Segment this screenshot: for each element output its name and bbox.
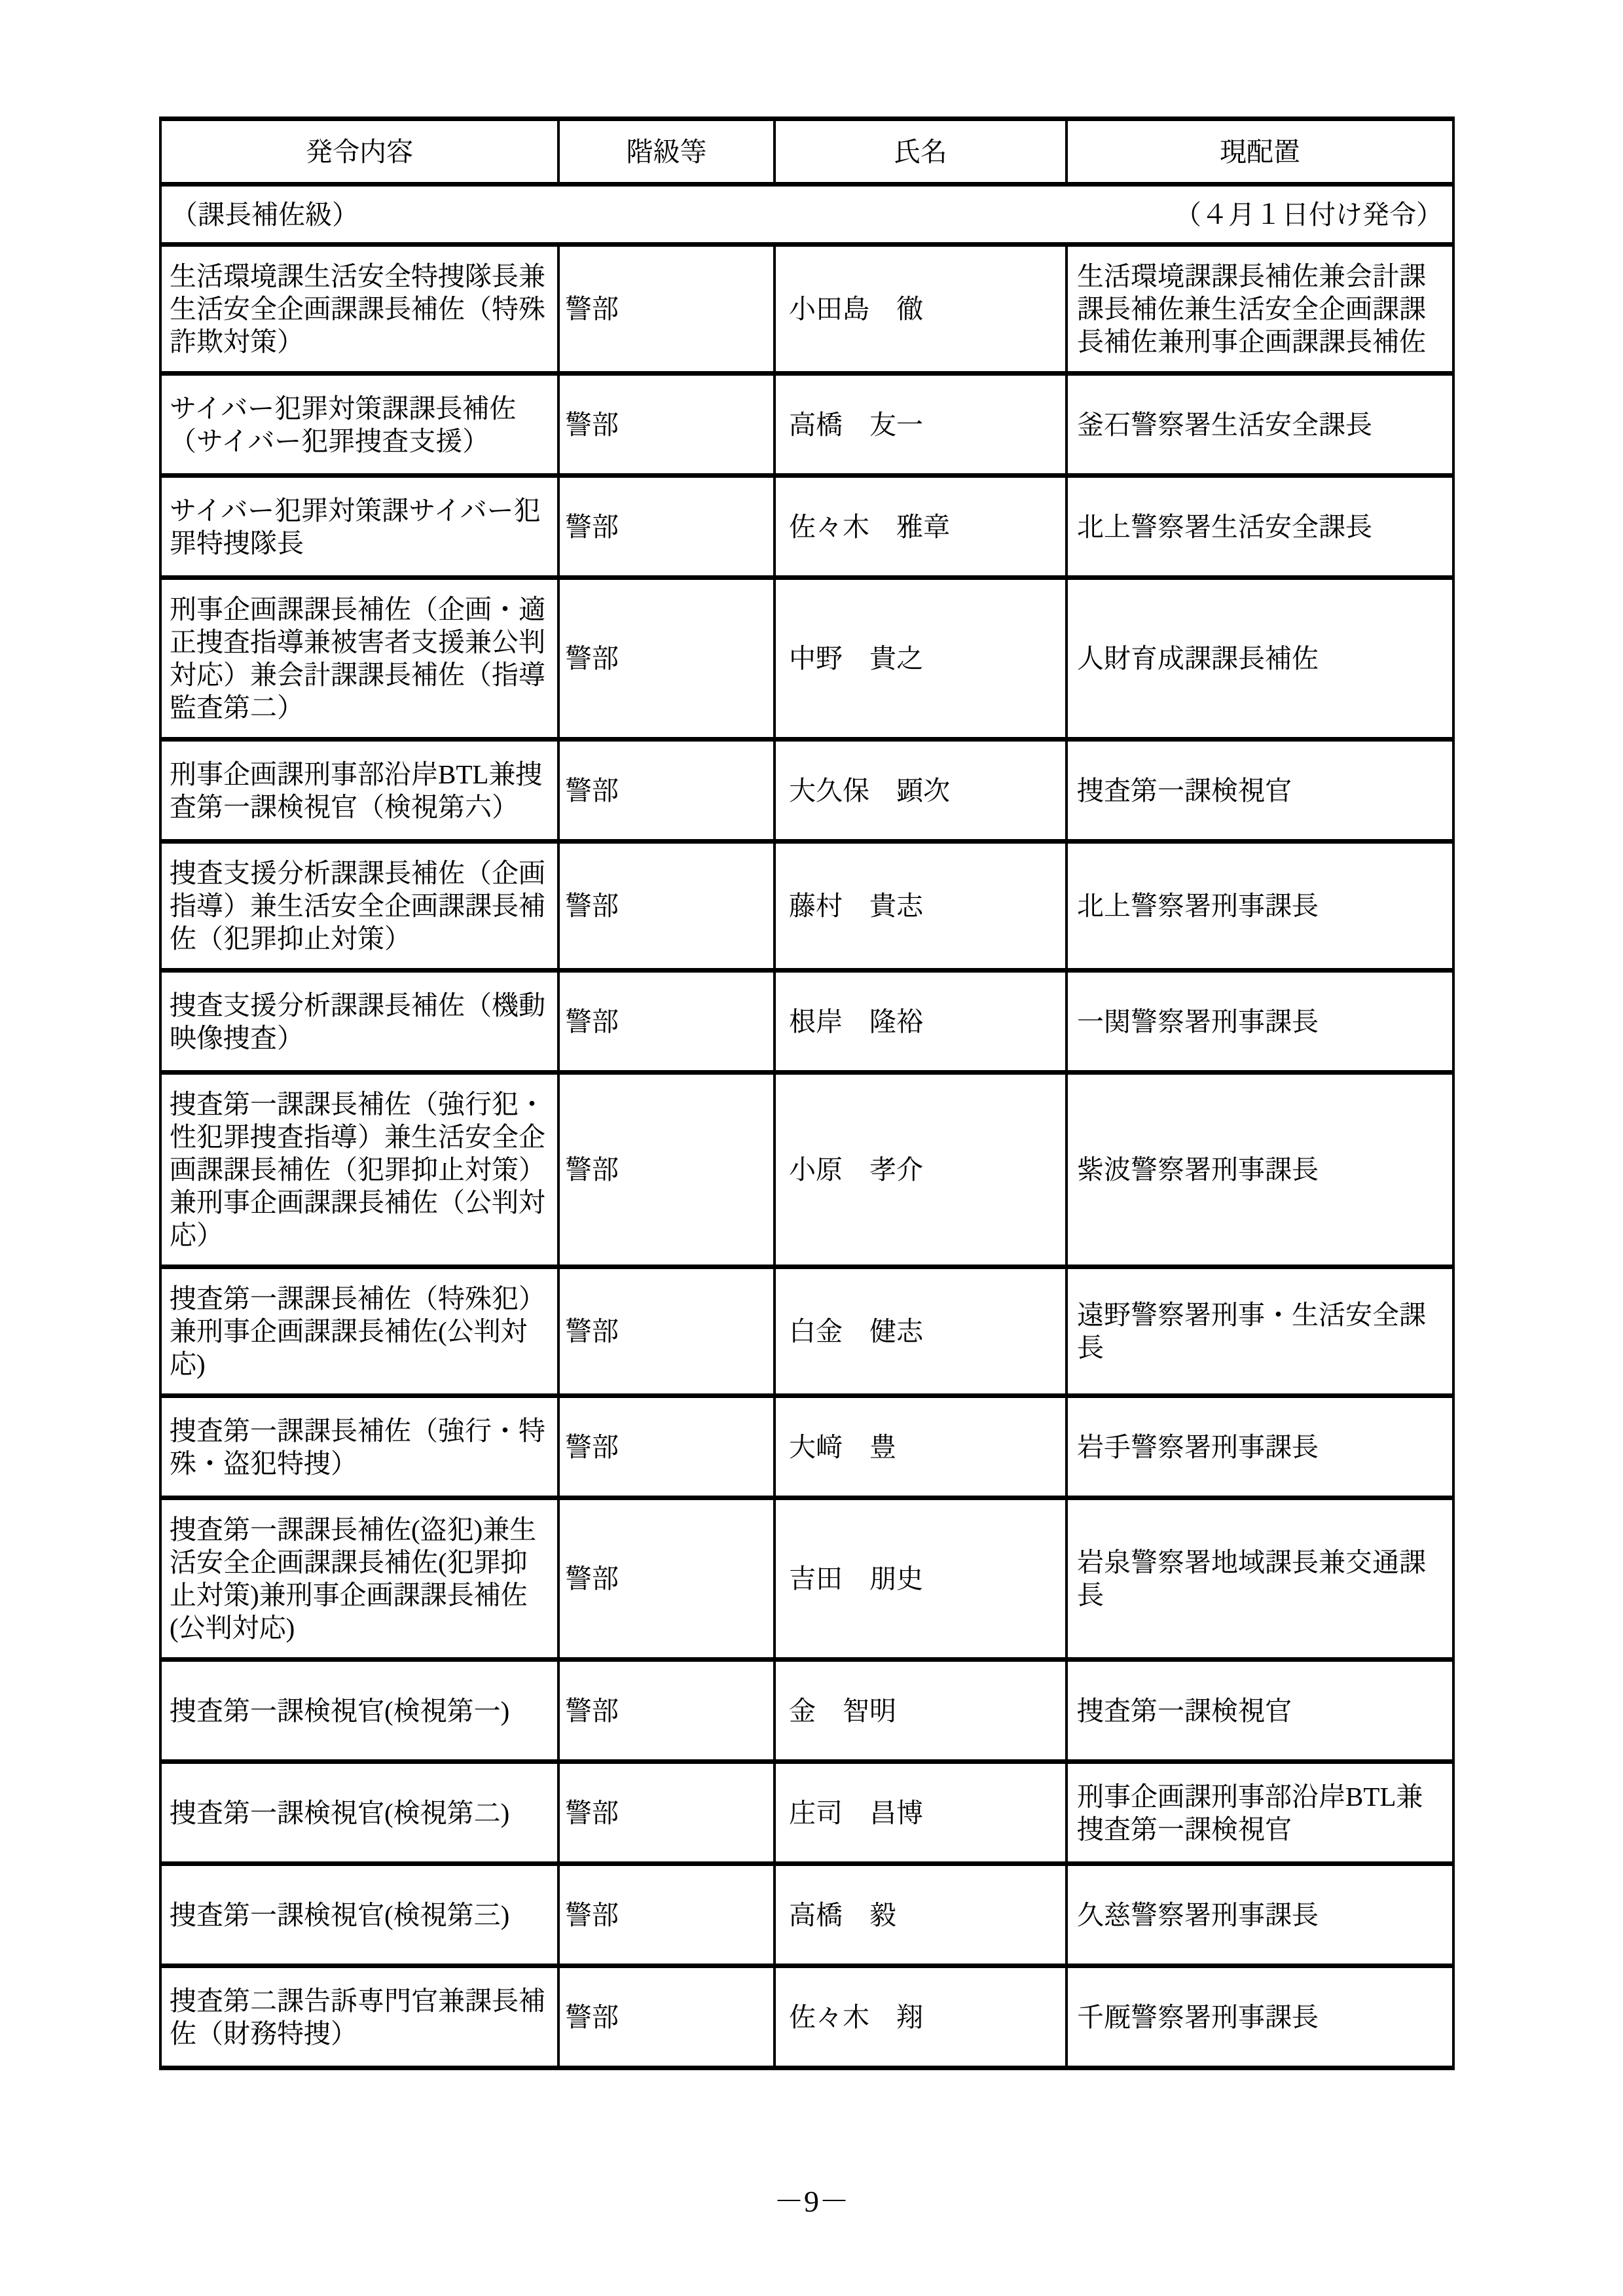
cell-rank: 警部 (558, 245, 775, 374)
cell-order-content: 生活環境課生活安全特捜隊長兼生活安全企画課課長補佐（特殊詐欺対策） (160, 245, 558, 374)
cell-name: 白金 健志 (775, 1267, 1067, 1396)
cell-rank: 警部 (558, 1864, 775, 1966)
cell-current-assignment: 久慈警察署刑事課長 (1067, 1864, 1453, 1966)
cell-name: 根岸 隆裕 (775, 971, 1067, 1073)
cell-order-content: 捜査第二課告訴専門官兼課長補佐（財務特捜） (160, 1966, 558, 2068)
table-row: 生活環境課生活安全特捜隊長兼生活安全企画課課長補佐（特殊詐欺対策） 警部 小田島… (160, 245, 1453, 374)
cell-current-assignment: 岩手警察署刑事課長 (1067, 1396, 1453, 1498)
cell-name: 小原 孝介 (775, 1073, 1067, 1267)
cell-rank: 警部 (558, 971, 775, 1073)
cell-name: 庄司 昌博 (775, 1762, 1067, 1864)
cell-current-assignment: 生活環境課課長補佐兼会計課課長補佐兼生活安全企画課課長補佐兼刑事企画課課長補佐 (1067, 245, 1453, 374)
table-row: 刑事企画課刑事部沿岸BTL兼捜査第一課検視官（検視第六） 警部 大久保 顕次 捜… (160, 740, 1453, 842)
cell-name: 大久保 顕次 (775, 740, 1067, 842)
subheader-grade-label: （課長補佐級） (171, 198, 359, 231)
cell-order-content: 捜査第一課課長補佐（特殊犯）兼刑事企画課課長補佐(公判対応) (160, 1267, 558, 1396)
cell-order-content: 刑事企画課刑事部沿岸BTL兼捜査第一課検視官（検視第六） (160, 740, 558, 842)
cell-rank: 警部 (558, 1966, 775, 2068)
header-order-content: 発令内容 (160, 119, 558, 185)
cell-order-content: 捜査第一課課長補佐(盗犯)兼生活安全企画課課長補佐(犯罪抑止対策)兼刑事企画課課… (160, 1498, 558, 1660)
cell-rank: 警部 (558, 1267, 775, 1396)
cell-name: 吉田 朋史 (775, 1498, 1067, 1660)
cell-current-assignment: 一関警察署刑事課長 (1067, 971, 1453, 1073)
table-row: 捜査第一課検視官(検視第三) 警部 高橋 毅 久慈警察署刑事課長 (160, 1864, 1453, 1966)
cell-current-assignment: 人財育成課課長補佐 (1067, 578, 1453, 740)
table-row: 捜査第二課告訴専門官兼課長補佐（財務特捜） 警部 佐々木 翔 千厩警察署刑事課長 (160, 1966, 1453, 2068)
cell-rank: 警部 (558, 1073, 775, 1267)
cell-current-assignment: 千厩警察署刑事課長 (1067, 1966, 1453, 2068)
table-row: サイバー犯罪対策課サイバー犯罪特捜隊長 警部 佐々木 雅章 北上警察署生活安全課… (160, 476, 1453, 578)
cell-rank: 警部 (558, 1498, 775, 1660)
cell-order-content: 捜査第一課課長補佐（強行犯・性犯罪捜査指導）兼生活安全企画課課長補佐（犯罪抑止対… (160, 1073, 558, 1267)
cell-rank: 警部 (558, 1396, 775, 1498)
cell-current-assignment: 北上警察署刑事課長 (1067, 842, 1453, 971)
cell-rank: 警部 (558, 374, 775, 476)
cell-name: 小田島 徹 (775, 245, 1067, 374)
cell-current-assignment: 刑事企画課刑事部沿岸BTL兼捜査第一課検視官 (1067, 1762, 1453, 1864)
subheader-cell: （課長補佐級） （４月１日付け発令） (160, 185, 1453, 245)
cell-order-content: 捜査第一課検視官(検視第二) (160, 1762, 558, 1864)
page-number: －9－ (0, 2185, 1623, 2219)
cell-current-assignment: 捜査第一課検視官 (1067, 1660, 1453, 1762)
document-page: 発令内容 階級等 氏名 現配置 （課長補佐級） （４月１日付け発令） 生活環境課… (0, 0, 1623, 2296)
cell-rank: 警部 (558, 842, 775, 971)
cell-name: 金 智明 (775, 1660, 1067, 1762)
cell-order-content: 捜査第一課検視官(検視第一) (160, 1660, 558, 1762)
table-row: 捜査第一課課長補佐（強行犯・性犯罪捜査指導）兼生活安全企画課課長補佐（犯罪抑止対… (160, 1073, 1453, 1267)
personnel-transfer-table: 発令内容 階級等 氏名 現配置 （課長補佐級） （４月１日付け発令） 生活環境課… (159, 117, 1455, 2070)
table-row: 捜査第一課検視官(検視第二) 警部 庄司 昌博 刑事企画課刑事部沿岸BTL兼捜査… (160, 1762, 1453, 1864)
cell-current-assignment: 北上警察署生活安全課長 (1067, 476, 1453, 578)
cell-rank: 警部 (558, 1660, 775, 1762)
cell-order-content: 捜査支援分析課課長補佐（機動映像捜査） (160, 971, 558, 1073)
table-row: サイバー犯罪対策課課長補佐（サイバー犯罪捜査支援） 警部 高橋 友一 釜石警察署… (160, 374, 1453, 476)
cell-current-assignment: 捜査第一課検視官 (1067, 740, 1453, 842)
table-row: 捜査支援分析課課長補佐（企画指導）兼生活安全企画課課長補佐（犯罪抑止対策） 警部… (160, 842, 1453, 971)
cell-name: 中野 貴之 (775, 578, 1067, 740)
cell-name: 高橋 毅 (775, 1864, 1067, 1966)
cell-name: 大﨑 豊 (775, 1396, 1067, 1498)
cell-order-content: 捜査第一課検視官(検視第三) (160, 1864, 558, 1966)
cell-order-content: 捜査支援分析課課長補佐（企画指導）兼生活安全企画課課長補佐（犯罪抑止対策） (160, 842, 558, 971)
cell-name: 佐々木 翔 (775, 1966, 1067, 2068)
table-row: 捜査第一課課長補佐（強行・特殊・盗犯特捜） 警部 大﨑 豊 岩手警察署刑事課長 (160, 1396, 1453, 1498)
table-row: 捜査支援分析課課長補佐（機動映像捜査） 警部 根岸 隆裕 一関警察署刑事課長 (160, 971, 1453, 1073)
cell-current-assignment: 遠野警察署刑事・生活安全課長 (1067, 1267, 1453, 1396)
table-row: 捜査第一課課長補佐（特殊犯）兼刑事企画課課長補佐(公判対応) 警部 白金 健志 … (160, 1267, 1453, 1396)
table-row: 刑事企画課課長補佐（企画・適正捜査指導兼被害者支援兼公判対応）兼会計課課長補佐（… (160, 578, 1453, 740)
cell-name: 佐々木 雅章 (775, 476, 1067, 578)
cell-current-assignment: 紫波警察署刑事課長 (1067, 1073, 1453, 1267)
cell-rank: 警部 (558, 740, 775, 842)
cell-order-content: 刑事企画課課長補佐（企画・適正捜査指導兼被害者支援兼公判対応）兼会計課課長補佐（… (160, 578, 558, 740)
table-body: 生活環境課生活安全特捜隊長兼生活安全企画課課長補佐（特殊詐欺対策） 警部 小田島… (160, 245, 1453, 2068)
table-row: 捜査第一課課長補佐(盗犯)兼生活安全企画課課長補佐(犯罪抑止対策)兼刑事企画課課… (160, 1498, 1453, 1660)
cell-name: 高橋 友一 (775, 374, 1067, 476)
table-header-row: 発令内容 階級等 氏名 現配置 (160, 119, 1453, 185)
cell-current-assignment: 釜石警察署生活安全課長 (1067, 374, 1453, 476)
header-name: 氏名 (775, 119, 1067, 185)
header-current-assignment: 現配置 (1067, 119, 1453, 185)
header-rank: 階級等 (558, 119, 775, 185)
subheader-effective-date: （４月１日付け発令） (1175, 198, 1443, 231)
table-row: 捜査第一課検視官(検視第一) 警部 金 智明 捜査第一課検視官 (160, 1660, 1453, 1762)
cell-order-content: サイバー犯罪対策課サイバー犯罪特捜隊長 (160, 476, 558, 578)
cell-order-content: サイバー犯罪対策課課長補佐（サイバー犯罪捜査支援） (160, 374, 558, 476)
cell-current-assignment: 岩泉警察署地域課長兼交通課長 (1067, 1498, 1453, 1660)
table-subheader-row: （課長補佐級） （４月１日付け発令） (160, 185, 1453, 245)
cell-rank: 警部 (558, 578, 775, 740)
cell-order-content: 捜査第一課課長補佐（強行・特殊・盗犯特捜） (160, 1396, 558, 1498)
cell-rank: 警部 (558, 476, 775, 578)
cell-rank: 警部 (558, 1762, 775, 1864)
cell-name: 藤村 貴志 (775, 842, 1067, 971)
